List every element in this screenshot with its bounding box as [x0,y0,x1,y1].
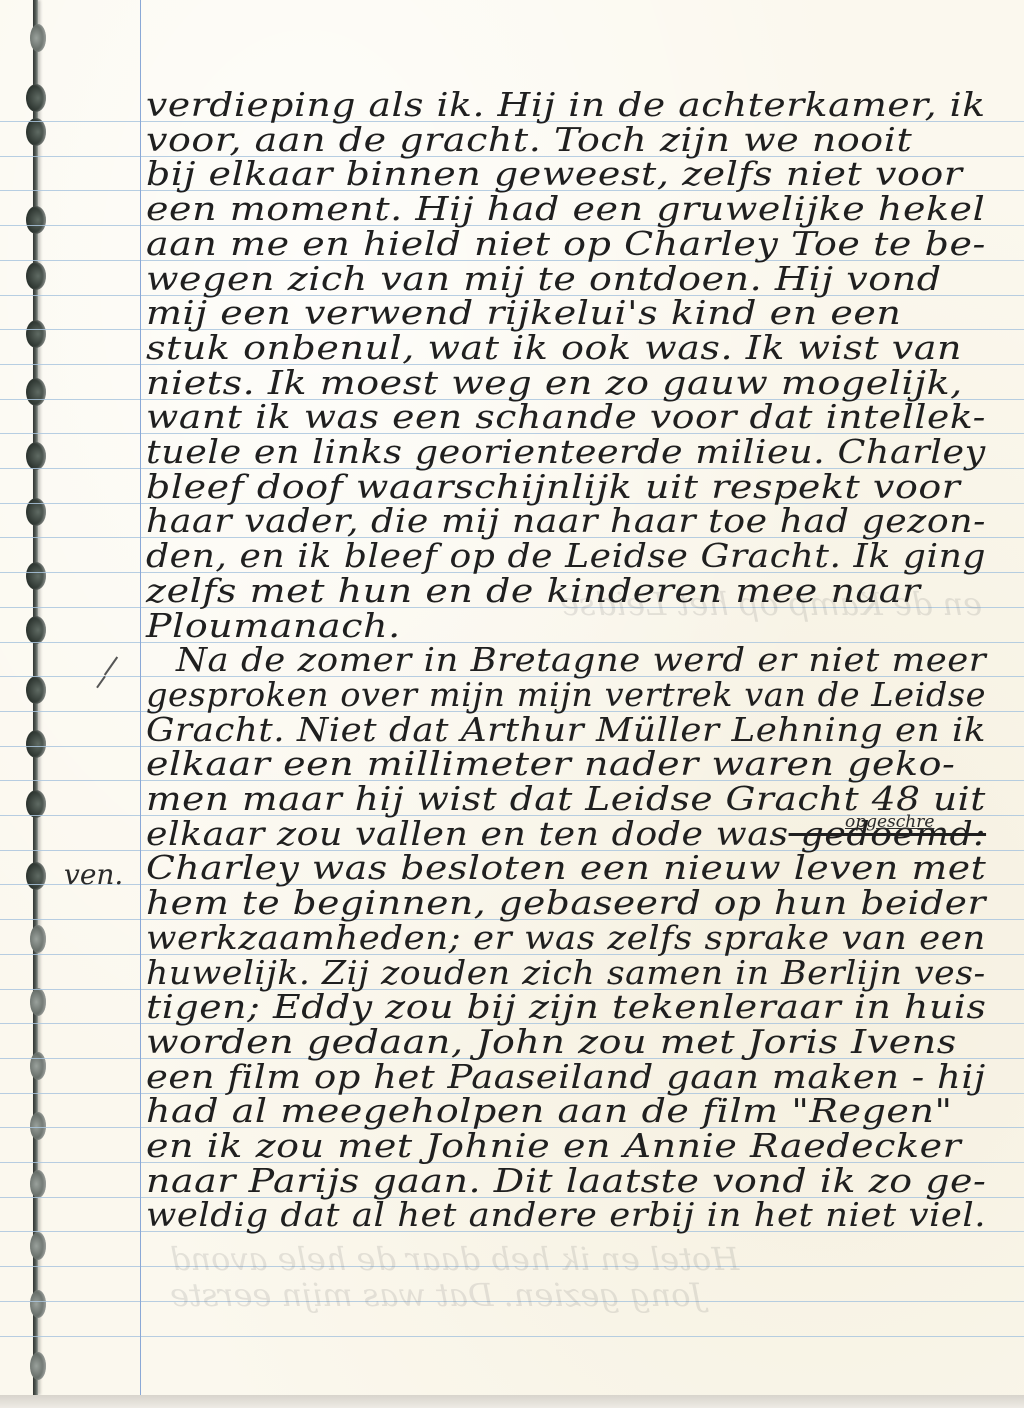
binding-hole [30,925,46,953]
handwritten-line: werkzaamheden; er was zelfs sprake van e… [146,919,986,957]
handwritten-line: huwelijk. Zij zouden zich samen in Berli… [146,954,986,992]
binding-hole [30,1170,46,1198]
margin-continuation: ven. [64,858,123,891]
handwritten-line: gesproken over mijn mijn vertrek van de … [146,676,986,714]
handwritten-line: verdieping als ik. Hij in de achterkamer… [146,86,986,124]
handwritten-line: want ik was een schande voor dat intelle… [146,398,986,436]
binding-hole [26,84,46,112]
handwritten-line: Ploumanach. [146,607,401,645]
handwritten-line: en ik zou met Johnie en Annie Raedecker [146,1127,961,1165]
scan-edge [0,1395,1024,1408]
binding-hole [26,562,46,590]
handwritten-line: Na de zomer in Bretagne werd er niet mee… [176,641,986,679]
binding-hole [30,1232,46,1260]
handwritten-line: Charley was besloten een nieuw leven met [146,849,986,887]
bleed-through-line: Hotel en ik heb daar de hele avond [170,1240,739,1278]
handwritten-line: worden gedaan, John zou met Joris Ivens [146,1023,957,1061]
binding-hole [30,1052,46,1080]
binding-hole [26,118,46,146]
handwritten-line: weldig dat al het andere erbij in het ni… [146,1196,986,1234]
binding-hole [26,262,46,290]
handwritten-line: zelfs met hun en de kinderen mee naar [146,572,921,610]
binding-hole [30,1352,46,1380]
handwritten-line: bij elkaar binnen geweest, zelfs niet vo… [146,155,963,193]
binding-hole [26,206,46,234]
margin-tick-mark [104,656,118,675]
binding-hole [26,790,46,818]
binding-hole [26,616,46,644]
handwritten-line: aan me en hield niet op Charley Toe te b… [146,225,986,263]
handwritten-line: naar Parijs gaan. Dit laatste vond ik zo… [146,1162,986,1200]
handwritten-line: niets. Ik moest weg en zo gauw mogelijk, [146,364,963,402]
handwritten-line: haar vader, die mij naar haar toe had ge… [146,502,986,540]
binding-hole [26,676,46,704]
binding-hole [30,1290,46,1318]
handwritten-line: tuele en links georienteerde milieu. Cha… [146,433,986,471]
handwritten-line: had al meegeholpen aan de film "Regen" [146,1092,953,1130]
binding-hole [26,862,46,890]
handwritten-line: bleef doof waarschijnlijk uit respekt vo… [146,468,961,506]
handwritten-line: hem te beginnen, gebaseerd op hun beider [146,884,986,922]
binding-hole [26,320,46,348]
handwritten-line: een film op het Paaseiland gaan maken - … [146,1058,986,1096]
margin-line [140,0,141,1395]
binding-hole [30,24,46,52]
handwritten-line: tigen; Eddy zou bij zijn tekenleraar in … [146,988,987,1026]
notebook-page: en de Kamp op het LeidseHotel en ik heb … [0,0,1024,1395]
handwritten-line: Gracht. Niet dat Arthur Müller Lehning e… [146,711,986,749]
handwritten-line: wegen zich van mij te ontdoen. Hij vond [146,260,942,298]
handwritten-line: den, en ik bleef op de Leidse Gracht. Ik… [146,537,986,575]
handwritten-line: een moment. Hij had een gruwelijke hekel [146,190,985,228]
binding-hole [30,1112,46,1140]
handwritten-line: elkaar een millimeter nader waren geko- [146,745,955,783]
handwritten-line: voor, aan de gracht. Toch zijn we nooit [146,121,912,159]
margin-tick-mark [96,676,106,689]
binding-hole [26,442,46,470]
binding-hole [26,378,46,406]
binding-hole [26,730,46,758]
binding-hole [30,988,46,1016]
handwritten-line: mij een verwend rijkelui's kind en een [146,294,901,332]
bleed-through-line: Jong gezien. Dat was mijn eerste [170,1276,703,1314]
inserted-correction: opgeschre [845,812,934,832]
handwritten-line: stuk onbenul, wat ik ook was. Ik wist va… [146,329,962,367]
ruled-line [0,1336,1024,1337]
